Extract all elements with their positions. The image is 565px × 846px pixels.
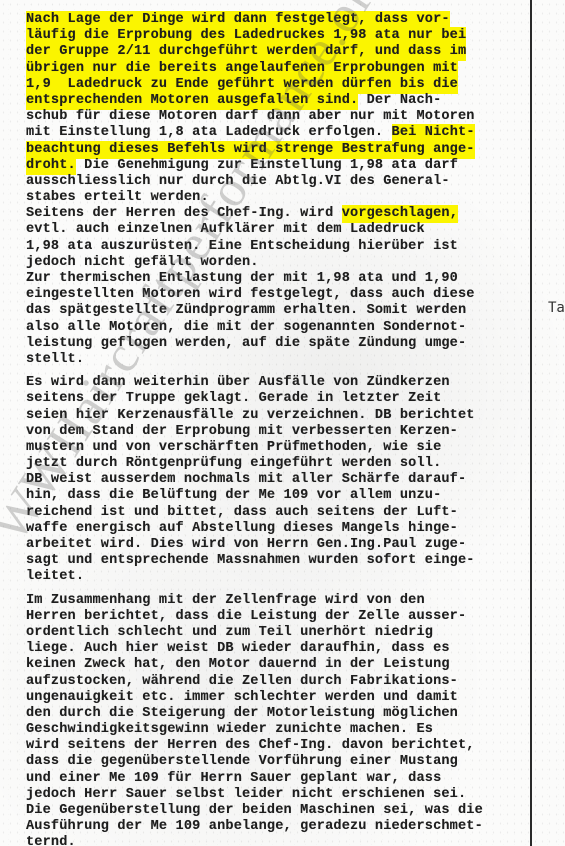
text-line: Seitens der Herren des Chef-Ing. wird vo… (26, 206, 536, 222)
text-segment: ordentlich schlecht und zum Teil unerhör… (26, 625, 433, 640)
text-line: ordentlich schlecht und zum Teil unerhör… (26, 625, 536, 641)
text-line: leitet. (26, 569, 536, 585)
text-line: das spätgestellte Zündprogramm erhalten.… (26, 303, 536, 319)
text-segment: Ausführung der Me 109 anbelange, geradez… (26, 819, 483, 834)
text-segment: ungenauigkeit etc. immer schlechter werd… (26, 690, 458, 705)
text-segment: von dem Stand der Erprobung mit verbesse… (26, 424, 458, 439)
text-segment: reichend ist und bittet, dass auch seite… (26, 505, 458, 520)
text-segment: jetzt durch Röntgenprüfung eingeführt we… (26, 456, 441, 471)
text-segment: Der Nach- (358, 93, 441, 108)
text-segment: waffe energisch auf Abstellung dieses Ma… (26, 521, 458, 536)
text-segment: mit Einstellung 1,8 ata Ladedruck erfolg… (26, 125, 392, 140)
text-segment: Zur thermischen Entlastung der mit 1,98 … (26, 271, 458, 286)
text-segment: leistung geflogen werden, auf die späte … (26, 336, 466, 351)
text-segment: jedoch Herr Sauer selbst leider nicht er… (26, 787, 466, 802)
text-segment: DB weist ausserdem nochmals mit aller Sc… (26, 472, 466, 487)
text-line: 1,9 Ladedruck zu Ende geführt werden dür… (26, 77, 536, 93)
text-line: DB weist ausserdem nochmals mit aller Sc… (26, 472, 536, 488)
text-segment: ausschliesslich nur durch die Abtlg.VI d… (26, 174, 450, 189)
text-segment: Geschwindigkeitsgewinn wieder zunichte m… (26, 722, 433, 737)
paragraph: Es wird dann weiterhin über Ausfälle von… (26, 375, 536, 585)
text-segment: mustern und von verschärften Prüfmethode… (26, 440, 441, 455)
text-line: jedoch nicht gefällt worden. (26, 255, 536, 271)
text-line: mustern und von verschärften Prüfmethode… (26, 440, 536, 456)
text-segment: wird seitens der Herren des Chef-Ing. da… (26, 738, 475, 753)
text-line: seien hier Kerzenausfälle zu verzeichnen… (26, 408, 536, 424)
text-segment: Herren berichtet, dass die Leistung der … (26, 609, 466, 624)
text-line: dass die gegenüberstellende Vorführung e… (26, 754, 536, 770)
text-line: Es wird dann weiterhin über Ausfälle von… (26, 375, 536, 391)
text-line: stabes erteilt werden. (26, 190, 536, 206)
text-segment: liege. Auch hier weist DB wieder daraufh… (26, 641, 450, 656)
text-segment: 1,98 ata auszurüsten. Eine Entscheidung … (26, 239, 458, 254)
paragraph: Nach Lage der Dinge wird dann festgelegt… (26, 12, 536, 368)
text-line: Herren berichtet, dass die Leistung der … (26, 609, 536, 625)
text-segment: arbeitet wird. Dies wird von Herrn Gen.I… (26, 537, 466, 552)
text-segment: sagt und entsprechende Massnahmen wurden… (26, 553, 475, 568)
text-segment: das spätgestellte Zündprogramm erhalten.… (26, 303, 466, 318)
text-line: jedoch Herr Sauer selbst leider nicht er… (26, 787, 536, 803)
text-line: Ausführung der Me 109 anbelange, geradez… (26, 819, 536, 835)
highlighted-text: entsprechenden Motoren ausgefallen sind. (26, 92, 358, 110)
typewritten-text-body: Nach Lage der Dinge wird dann festgelegt… (26, 12, 536, 846)
text-segment: Seitens der Herren des Chef-Ing. wird (26, 206, 342, 221)
text-line: ausschliesslich nur durch die Abtlg.VI d… (26, 174, 536, 190)
highlighted-text: beachtung dieses Befehls wird strenge Be… (26, 141, 475, 159)
text-line: der Gruppe 2/11 durchgeführt werden darf… (26, 44, 536, 60)
text-line: übrigen nur die bereits angelaufenen Erp… (26, 61, 536, 77)
text-line: droht. Die Genehmigung zur Einstellung 1… (26, 158, 536, 174)
text-segment: seitens der Truppe geklagt. Gerade in le… (26, 391, 441, 406)
text-segment: schub für diese Motoren darf dann aber n… (26, 109, 475, 124)
text-segment: keinen Zweck hat, den Motor dauernd in d… (26, 657, 450, 672)
text-segment: stabes erteilt werden. (26, 190, 209, 205)
text-line: Im Zusammenhang mit der Zellenfrage wird… (26, 593, 536, 609)
text-segment: hin, dass die Belüftung der Me 109 vor a… (26, 488, 441, 503)
text-segment: leitet. (26, 569, 84, 584)
highlighted-text: Bei Nicht- (392, 124, 475, 142)
text-segment: Im Zusammenhang mit der Zellenfrage wird… (26, 593, 425, 608)
text-segment: stellt. (26, 352, 84, 367)
text-segment: eingestellten Motoren wird festgelegt, d… (26, 287, 475, 302)
text-line: wird seitens der Herren des Chef-Ing. da… (26, 738, 536, 754)
text-segment: Es wird dann weiterhin über Ausfälle von… (26, 375, 450, 390)
highlighted-text: der Gruppe 2/11 durchgeführt werden darf… (26, 43, 466, 61)
text-line: ungenauigkeit etc. immer schlechter werd… (26, 690, 536, 706)
scanned-document-page: Ta Nach Lage der Dinge wird dann festgel… (0, 0, 565, 846)
text-line: keinen Zweck hat, den Motor dauernd in d… (26, 657, 536, 673)
text-segment: dass die gegenüberstellende Vorführung e… (26, 754, 458, 769)
text-line: 1,98 ata auszurüsten. Eine Entscheidung … (26, 239, 536, 255)
text-line: seitens der Truppe geklagt. Gerade in le… (26, 391, 536, 407)
text-line: leistung geflogen werden, auf die späte … (26, 336, 536, 352)
text-line: stellt. (26, 352, 536, 368)
text-segment: und einer Me 109 für Herrn Sauer geplant… (26, 771, 441, 786)
paragraph: Im Zusammenhang mit der Zellenfrage wird… (26, 593, 536, 846)
text-segment: aufzustocken, während die Zellen durch F… (26, 674, 458, 689)
text-line: Geschwindigkeitsgewinn wieder zunichte m… (26, 722, 536, 738)
text-line: läufig die Erprobung des Ladedruckes 1,9… (26, 28, 536, 44)
margin-fragment-text: Ta (548, 300, 565, 316)
highlighted-text: droht. (26, 157, 76, 175)
text-line: hin, dass die Belüftung der Me 109 vor a… (26, 488, 536, 504)
text-segment: den durch die Steigerung der Motorleistu… (26, 706, 458, 721)
highlighted-text: übrigen nur die bereits angelaufenen Erp… (26, 60, 458, 78)
text-segment: Die Genehmigung zur Einstellung 1,98 ata… (76, 158, 458, 173)
text-line: und einer Me 109 für Herrn Sauer geplant… (26, 771, 536, 787)
text-segment: Die Gegenüberstellung der beiden Maschin… (26, 803, 483, 818)
text-segment: seien hier Kerzenausfälle zu verzeichnen… (26, 408, 475, 423)
highlighted-text: vorgeschlagen, (342, 205, 458, 223)
text-line: jetzt durch Röntgenprüfung eingeführt we… (26, 456, 536, 472)
text-segment: evtl. auch einzelnen Aufklärer mit dem L… (26, 222, 425, 237)
text-line: entsprechenden Motoren ausgefallen sind.… (26, 93, 536, 109)
text-segment: also alle Motoren, die mit der sogenannt… (26, 320, 466, 335)
text-line: den durch die Steigerung der Motorleistu… (26, 706, 536, 722)
text-line: waffe energisch auf Abstellung dieses Ma… (26, 521, 536, 537)
text-line: reichend ist und bittet, dass auch seite… (26, 505, 536, 521)
text-line: von dem Stand der Erprobung mit verbesse… (26, 424, 536, 440)
text-line: ternd. (26, 835, 536, 846)
text-segment: jedoch nicht gefällt worden. (26, 255, 259, 270)
text-line: arbeitet wird. Dies wird von Herrn Gen.I… (26, 537, 536, 553)
text-line: evtl. auch einzelnen Aufklärer mit dem L… (26, 222, 536, 238)
text-line: Zur thermischen Entlastung der mit 1,98 … (26, 271, 536, 287)
text-line: also alle Motoren, die mit der sogenannt… (26, 320, 536, 336)
text-line: liege. Auch hier weist DB wieder daraufh… (26, 641, 536, 657)
text-line: eingestellten Motoren wird festgelegt, d… (26, 287, 536, 303)
text-line: beachtung dieses Befehls wird strenge Be… (26, 142, 536, 158)
text-line: schub für diese Motoren darf dann aber n… (26, 109, 536, 125)
text-line: Die Gegenüberstellung der beiden Maschin… (26, 803, 536, 819)
text-line: Nach Lage der Dinge wird dann festgelegt… (26, 12, 536, 28)
text-segment: ternd. (26, 835, 76, 846)
text-line: mit Einstellung 1,8 ata Ladedruck erfolg… (26, 125, 536, 141)
text-line: aufzustocken, während die Zellen durch F… (26, 674, 536, 690)
text-line: sagt und entsprechende Massnahmen wurden… (26, 553, 536, 569)
